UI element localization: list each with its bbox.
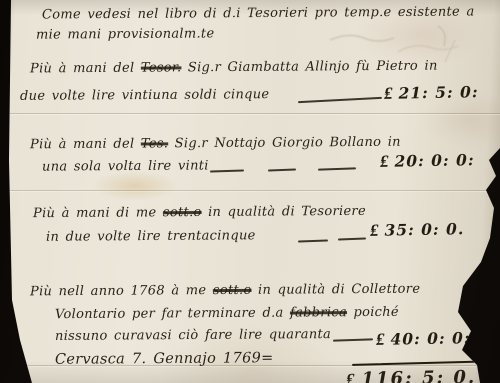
intro-line: Come vedesi nel libro di d.i Tesorieri p… xyxy=(42,4,475,23)
struck-word: Tesor. xyxy=(141,60,182,75)
amount-value: 21: 5: 0: xyxy=(398,82,478,102)
leader-dash xyxy=(298,97,382,103)
entry-line: nissuno curavasi ciò fare lire quaranta xyxy=(55,327,331,345)
date-line: Cervasca 7. Gennajo 1769= xyxy=(55,350,274,369)
leader-dash xyxy=(333,338,373,341)
leader-dash xyxy=(268,169,296,172)
paper-crease xyxy=(0,113,500,114)
struck-word: Tes. xyxy=(141,136,168,151)
entry-text: Sig.r Nottajo Giorgio Bollano in xyxy=(168,135,401,152)
total-value: 116: 5: 0. xyxy=(361,367,476,383)
leader-dash xyxy=(298,239,328,242)
amount: ₤20: 0: 0: xyxy=(380,150,475,172)
struck-word: sott.o xyxy=(213,283,252,298)
photo-background: Come vedesi nel libro di d.i Tesorieri p… xyxy=(0,0,500,383)
leader-dash xyxy=(318,167,356,170)
entry-line: in due volte lire trentacinque xyxy=(46,228,256,245)
entry-text: Volontario per far terminare d.a xyxy=(55,306,290,323)
amount: ₤40: 0: 0: xyxy=(376,328,471,350)
amount: ₤35: 0: 0. xyxy=(370,219,465,241)
lira-symbol: ₤ xyxy=(376,330,386,350)
entry-text: Più à mani del xyxy=(30,61,141,77)
entry-line: Volontario per far terminare d.a fabbric… xyxy=(55,305,399,323)
paper-crease xyxy=(0,190,500,191)
lira-symbol: ₤ xyxy=(380,152,390,172)
manuscript-paper: Come vedesi nel libro di d.i Tesorieri p… xyxy=(0,0,500,383)
entry-line: Più à mani del Tesor. Sig.r Giambatta Al… xyxy=(30,59,438,77)
lira-symbol: ₤ xyxy=(370,221,380,241)
entry-text: poiché xyxy=(347,305,399,320)
entry-line: una sola volta lire vinti xyxy=(42,158,209,175)
leader-dash xyxy=(210,169,244,172)
entry-line: Più à mani del Tes. Sig.r Nottajo Giorgi… xyxy=(30,135,401,153)
lira-symbol: ₤ xyxy=(384,84,394,104)
lira-symbol: ₤ xyxy=(346,370,357,383)
entry-text: in qualità di Collettore xyxy=(252,282,421,298)
amount-value: 35: 0: 0. xyxy=(384,219,464,239)
entry-line: due volte lire vintiuna soldi cinque xyxy=(20,87,270,104)
amount-value: 40: 0: 0: xyxy=(390,328,470,348)
amount: ₤21: 5: 0: xyxy=(384,82,479,104)
entry-line: Più nell anno 1768 à me sott.o in qualit… xyxy=(30,282,420,300)
struck-word: fabbrica xyxy=(290,305,347,320)
entry-text: Sig.r Giambatta Allinjo fù Pietro in xyxy=(181,59,437,76)
leader-dash xyxy=(338,238,366,241)
entry-text: in qualità di Tesoriere xyxy=(202,204,366,220)
entry-text: Più à mani di me xyxy=(33,205,163,221)
entry-text: Più à mani del xyxy=(30,137,141,153)
entry-text: Più nell anno 1768 à me xyxy=(30,283,213,299)
amount-value: 20: 0: 0: xyxy=(394,150,474,170)
total-amount: ₤116: 5: 0. xyxy=(346,367,477,383)
entry-line: Più à mani di me sott.o in qualità di Te… xyxy=(33,204,366,222)
struck-word: sott.o xyxy=(163,205,202,220)
intro-line: mie mani provisionalm.te xyxy=(36,26,215,43)
